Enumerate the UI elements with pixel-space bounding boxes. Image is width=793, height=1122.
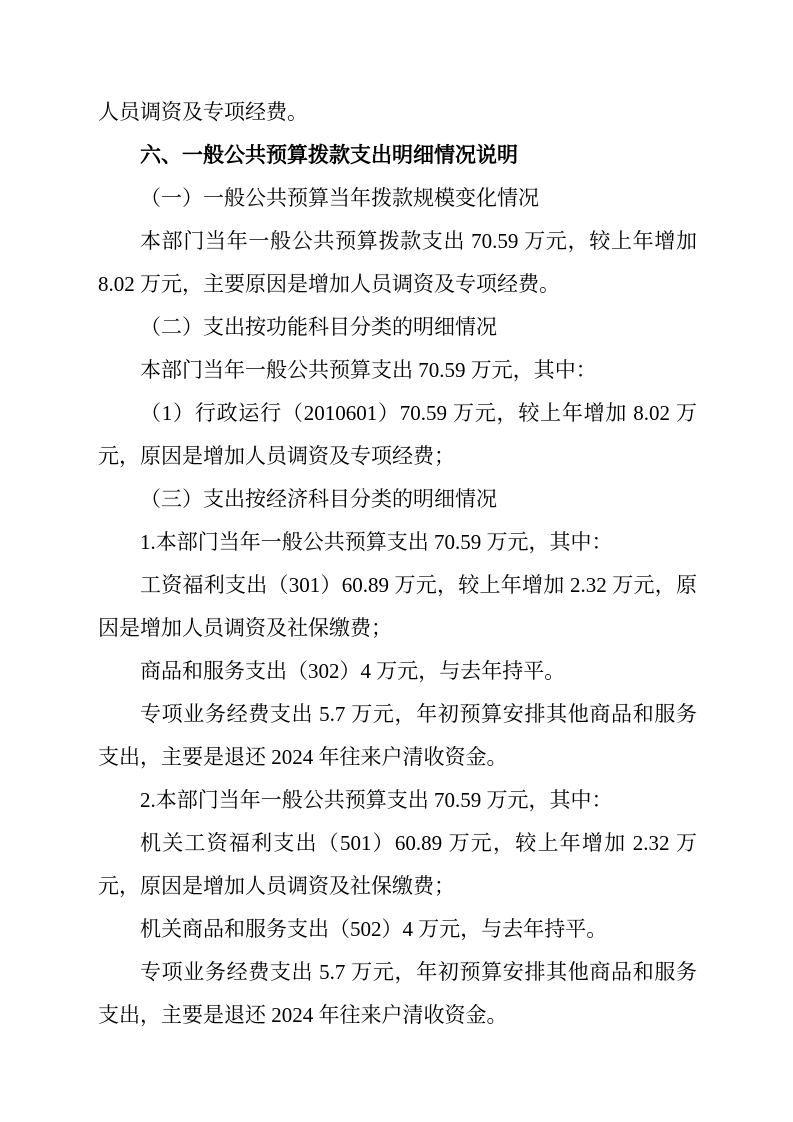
para-wage-welfare-301: 工资福利支出（301）60.89 万元，较上年增加 2.32 万元，原因是增加人…: [98, 564, 697, 650]
para-goods-services-302: 商品和服务支出（302）4 万元，与去年持平。: [98, 650, 697, 693]
para-functional-total: 本部门当年一般公共预算支出 70.59 万元，其中：: [98, 349, 697, 392]
para-funding-scale-change: 本部门当年一般公共预算拨款支出 70.59 万元，较上年增加 8.02 万元，主…: [98, 220, 697, 306]
subheading-3: （三）支出按经济科目分类的明细情况: [98, 478, 697, 521]
document-page: 人员调资及专项经费。 六、一般公共预算拨款支出明细情况说明 （一）一般公共预算当…: [0, 0, 793, 1122]
para-special-business-2: 专项业务经费支出 5.7 万元，年初预算安排其他商品和服务支出，主要是退还 20…: [98, 951, 697, 1037]
para-economic-total-1: 1.本部门当年一般公共预算支出 70.59 万元，其中：: [98, 521, 697, 564]
para-functional-item-1: （1）行政运行（2010601）70.59 万元，较上年增加 8.02 万元，原…: [98, 392, 697, 478]
para-goods-services-502: 机关商品和服务支出（502）4 万元，与去年持平。: [98, 908, 697, 951]
para-wage-welfare-501: 机关工资福利支出（501）60.89 万元，较上年增加 2.32 万元，原因是增…: [98, 822, 697, 908]
subheading-1: （一）一般公共预算当年拨款规模变化情况: [98, 177, 697, 220]
para-economic-total-2: 2.本部门当年一般公共预算支出 70.59 万元，其中：: [98, 779, 697, 822]
para-continued-previous-page: 人员调资及专项经费。: [98, 91, 697, 134]
heading-section-6: 六、一般公共预算拨款支出明细情况说明: [98, 134, 697, 177]
para-special-business-1: 专项业务经费支出 5.7 万元，年初预算安排其他商品和服务支出，主要是退还 20…: [98, 693, 697, 779]
subheading-2: （二）支出按功能科目分类的明细情况: [98, 306, 697, 349]
